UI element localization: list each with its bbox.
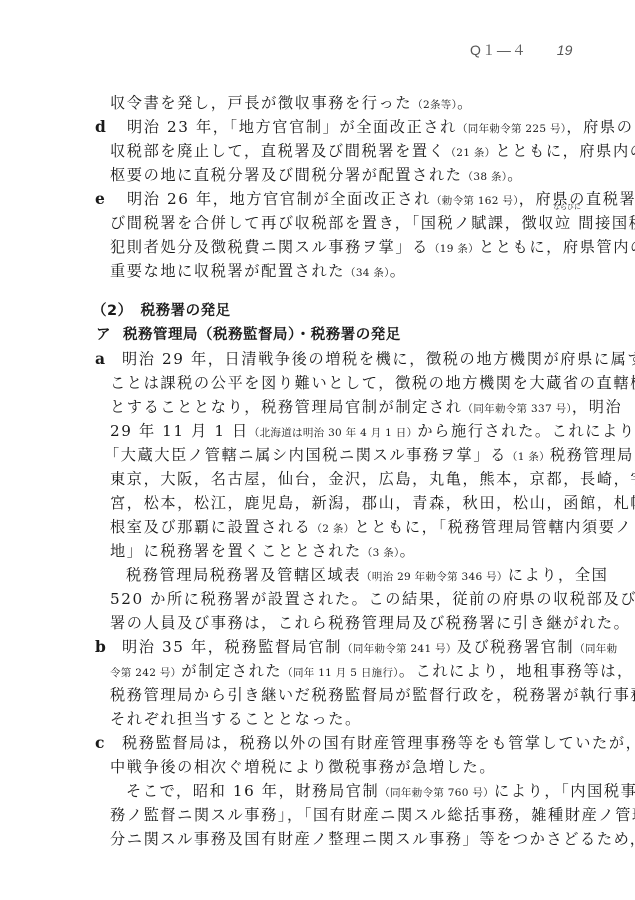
text-line: 枢要の地に直税分署及び間税分署が配置された（38 条）。: [110, 163, 524, 187]
text-line: 地」に税務署を置くこととされた（3 条）。: [110, 539, 416, 563]
text-line: 中戦争後の相次ぐ増税により徴税事務が急増した。: [110, 755, 496, 779]
text-line: 520 か所に税務署が設置された。この結果，従前の府県の収税部及び収税: [110, 587, 635, 611]
text-line: 税務監督局は，税務以外の国有財産管理事務等をも管掌していたが，日: [122, 731, 635, 755]
section-number: （2）: [92, 303, 133, 319]
item-marker-c: c: [95, 731, 104, 755]
item-marker-b: b: [95, 635, 106, 659]
text-line: 明治 29 年，日清戦争後の増税を機に，徴税の地方機関が府県に属する: [122, 347, 635, 371]
text-line: 根室及び那覇に設置される（2 条）とともに，「税務管理局管轄内須要ノ: [110, 515, 632, 539]
text-line: 東京，大阪，名古屋，仙台，金沢，広島，丸亀，熊本，京都，長崎，宇都: [110, 467, 635, 491]
subsection-marker: ア: [96, 327, 111, 343]
text-line: とすることとなり，税務管理局官制が制定され（同年勅令第 337 号），明治: [110, 395, 622, 419]
text-line: 明治 35 年，税務監督局官制（同年勅令第 241 号）及び税務署官制（同年勅: [122, 635, 617, 659]
text-line: 税務管理局から引き継いだ税務監督局が監督行政を，税務署が執行事務を: [110, 683, 635, 707]
text-line: そこで，昭和 16 年，財務局官制（同年勅令第 760 号）により，「内国税事: [126, 779, 635, 803]
text-line: 令第 242 号）が制定された（同年 11 月 5 日施行）。これにより，地租事…: [110, 659, 634, 683]
text-line: 税務管理局税務署及管轄区域表（明治 29 年勅令第 346 号）により，全国: [126, 563, 608, 587]
text-line: それぞれ担当することとなった。: [110, 707, 362, 731]
text-line: 「大蔵大臣ノ管轄ニ属シ内国税ニ関スル事務ヲ掌」る（1 条）税務管理局が，: [104, 443, 635, 467]
ruby-reading: ならびに: [553, 203, 581, 211]
section-reference: Q１―４: [470, 42, 527, 58]
running-header: Q１―４ 19: [470, 40, 572, 60]
subsection-title: 税務管理局（税務監督局）・税務署の発足: [123, 327, 401, 343]
text-line: 署の人員及び事務は，これら税務管理局及び税務署に引き継がれた。: [110, 611, 630, 635]
ruby-annotated-char: ならびに竝: [555, 211, 572, 235]
section-heading: （2）税務署の発足: [92, 299, 231, 323]
section-title: 税務署の発足: [141, 303, 231, 319]
item-marker-a: a: [95, 347, 105, 371]
text-line: 重要な地に収税署が配置された（34 条）。: [110, 259, 407, 283]
item-marker-e: e: [95, 187, 105, 211]
text-line: 29 年 11 月 1 日（北海道は明治 30 年 4 月 1 日）から施行され…: [110, 419, 635, 443]
text-line: 宮，松本，松江，鹿児島，新潟，郡山，青森，秋田，松山，函館，札幌，: [110, 491, 635, 515]
subsection-heading: ア税務管理局（税務監督局）・税務署の発足: [96, 323, 401, 347]
text-line: 分ニ関スル事務及国有財産ノ整理ニ関スル事務」等をつかさどるため，東: [110, 827, 635, 851]
item-marker-d: d: [95, 115, 106, 139]
text-line: 収令書を発し，戸長が徴収事務を行った（2条等）。: [110, 91, 474, 115]
text-line: 明治 23 年，「地方官官制」が全面改正され（同年勅令第 225 号），府県の: [127, 115, 634, 139]
text-line: 収税部を廃止して，直税署及び間税署を置く（21 条）とともに，府県内の: [110, 139, 635, 163]
text-line: ことは課税の公平を図り難いとして，徴税の地方機関を大蔵省の直轄機関: [110, 371, 635, 395]
text-line: び間税署を合併して再び収税部を置き，「国税ノ賦課，徴収ならびに竝 間接国税: [110, 211, 635, 235]
text-line: 犯則者処分及徴税費ニ関スル事務ヲ掌」る（19 条）とともに，府県管内の: [110, 235, 635, 259]
page-number: 19: [557, 42, 573, 58]
text-line: 務ノ監督ニ関スル事務」，「国有財産ニ関スル総括事務，雑種財産ノ管理処: [110, 803, 635, 827]
